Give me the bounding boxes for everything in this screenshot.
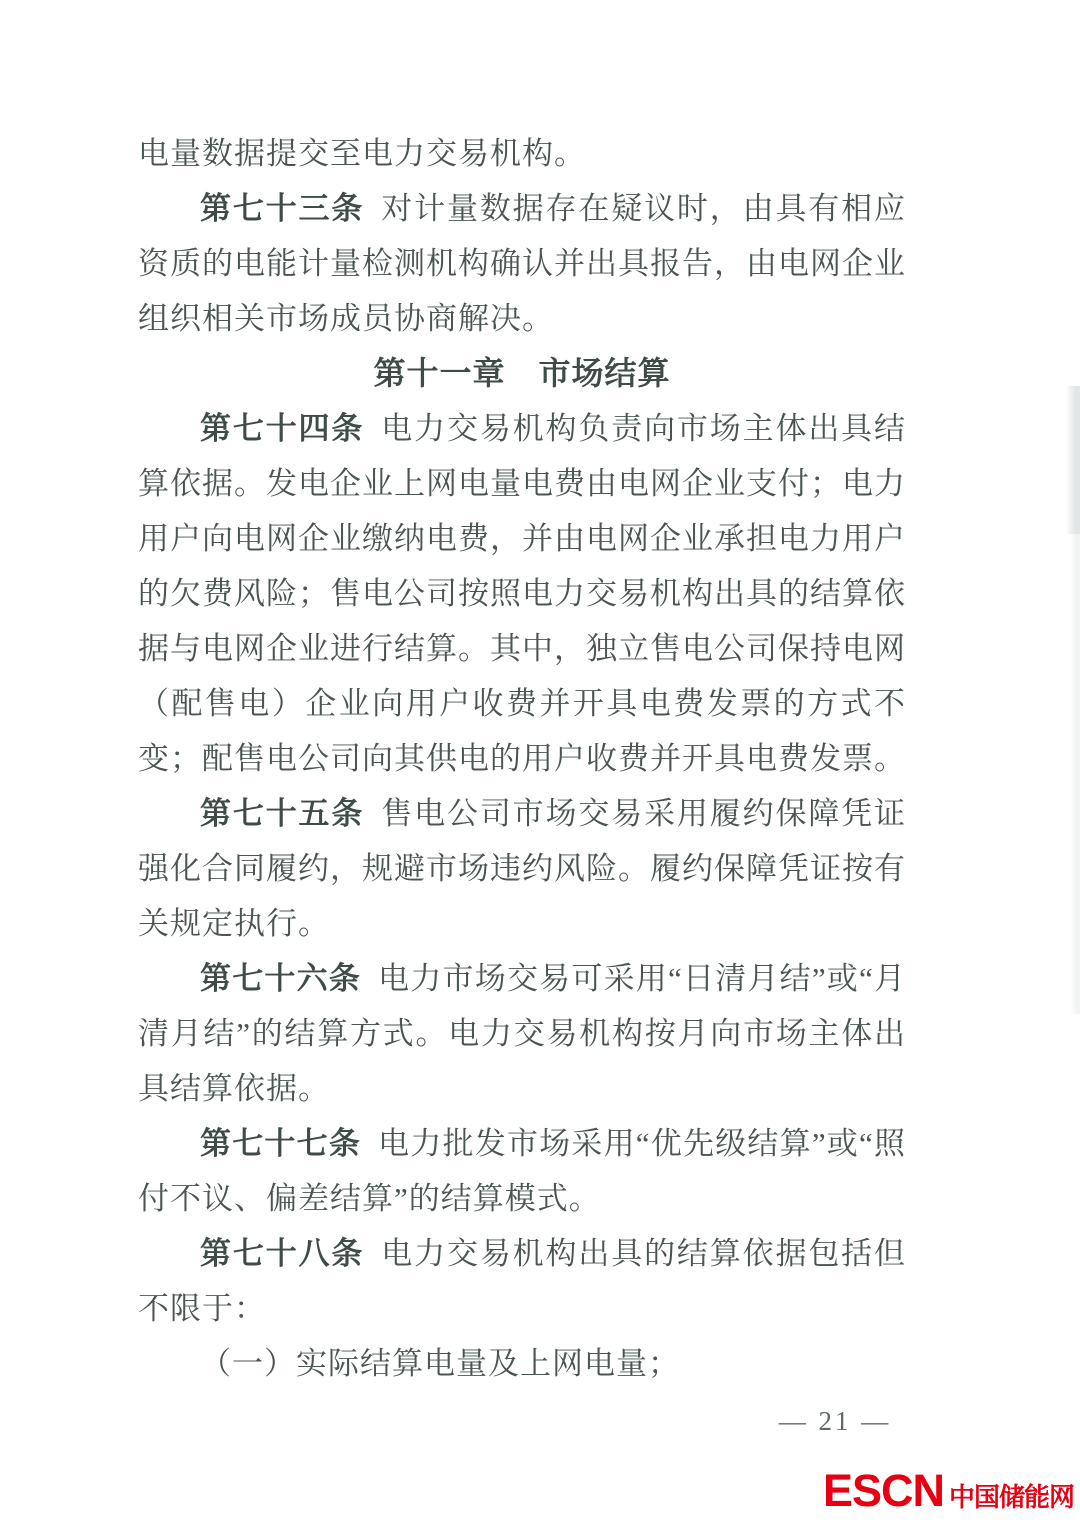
article-number: 第七十四条: [200, 411, 364, 446]
paragraph: 第七十六条电力市场交易可采用“日清月结”或“月清月结”的结算方式。电力交易机构按…: [138, 951, 906, 1116]
article-number: 第七十七条: [200, 1126, 361, 1161]
paragraph: 第七十七条电力批发市场采用“优先级结算”或“照付不议、偏差结算”的结算模式。: [138, 1116, 906, 1226]
paragraph: 第七十八条电力交易机构出具的结算依据包括但不限于：: [138, 1226, 906, 1336]
paragraph: 第七十四条电力交易机构负责向市场主体出具结算依据。发电企业上网电量电费由电网企业…: [138, 401, 906, 786]
article-number: 第七十八条: [200, 1236, 364, 1271]
document-page: 电量数据提交至电力交易机构。第七十三条对计量数据存在疑议时，由具有相应资质的电能…: [0, 0, 1080, 1528]
article-number: 第七十六条: [200, 961, 361, 996]
article-number: 第七十三条: [200, 191, 364, 226]
paragraph: （一）实际结算电量及上网电量；: [138, 1336, 906, 1391]
paragraph: 第七十五条售电公司市场交易采用履约保障凭证强化合同履约，规避市场违约风险。履约保…: [138, 786, 906, 951]
paragraph: 第七十三条对计量数据存在疑议时，由具有相应资质的电能计量检测机构确认并出具报告，…: [138, 181, 906, 346]
page-number: — 21 —: [770, 1406, 900, 1437]
article-number: 第七十五条: [200, 796, 364, 831]
chapter-heading: 第十一章 市场结算: [138, 346, 906, 401]
paragraph: 电量数据提交至电力交易机构。: [138, 126, 906, 181]
document-body: 电量数据提交至电力交易机构。第七十三条对计量数据存在疑议时，由具有相应资质的电能…: [138, 126, 906, 1391]
escn-logo: ESCN 中国储能网: [823, 1468, 1074, 1513]
escn-logo-text-en: ESCN: [823, 1468, 944, 1513]
escn-logo-text-cn: 中国储能网: [949, 1484, 1074, 1510]
scan-edge-artifact: [1070, 534, 1080, 1014]
scan-edge-artifact: [1066, 386, 1080, 534]
